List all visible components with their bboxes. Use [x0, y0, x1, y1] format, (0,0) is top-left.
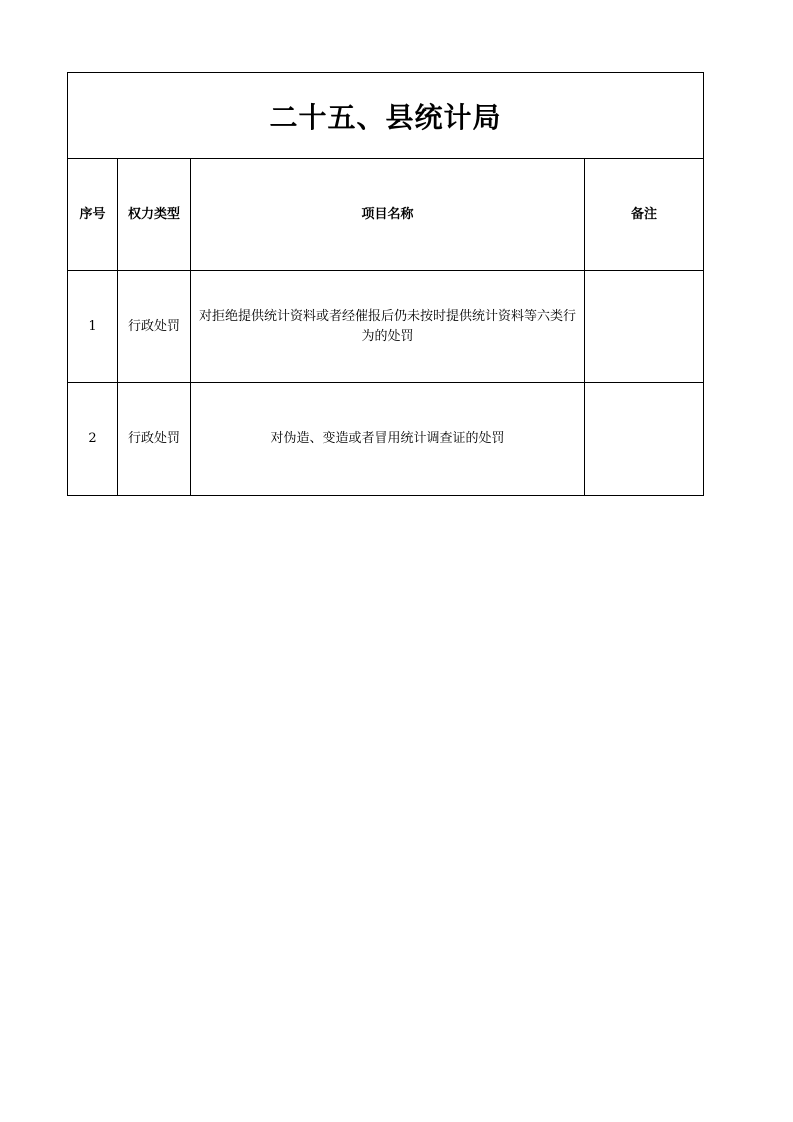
table-title-row: 二十五、县统计局 [68, 73, 703, 159]
table-row: 1 行政处罚 对拒绝提供统计资料或者经催报后仍未按时提供统计资料等六类行为的处罚 [68, 271, 703, 383]
table-header-row: 序号 权力类型 项目名称 备注 [68, 159, 703, 271]
cell-power-type: 行政处罚 [118, 383, 191, 495]
power-list-table: 二十五、县统计局 序号 权力类型 项目名称 备注 1 行政处罚 对拒绝提供统计资… [67, 72, 704, 496]
cell-remarks [585, 271, 703, 382]
cell-power-type: 行政处罚 [118, 271, 191, 382]
header-serial-number: 序号 [68, 159, 118, 270]
table-row: 2 行政处罚 对伪造、变造或者冒用统计调查证的处罚 [68, 383, 703, 495]
header-remarks: 备注 [585, 159, 703, 270]
cell-remarks [585, 383, 703, 495]
cell-item-name: 对拒绝提供统计资料或者经催报后仍未按时提供统计资料等六类行为的处罚 [191, 271, 585, 382]
header-item-name: 项目名称 [191, 159, 585, 270]
page-title: 二十五、县统计局 [269, 96, 501, 136]
cell-item-name: 对伪造、变造或者冒用统计调查证的处罚 [191, 383, 585, 495]
cell-serial-number: 2 [68, 383, 118, 495]
header-power-type: 权力类型 [118, 159, 191, 270]
cell-serial-number: 1 [68, 271, 118, 382]
